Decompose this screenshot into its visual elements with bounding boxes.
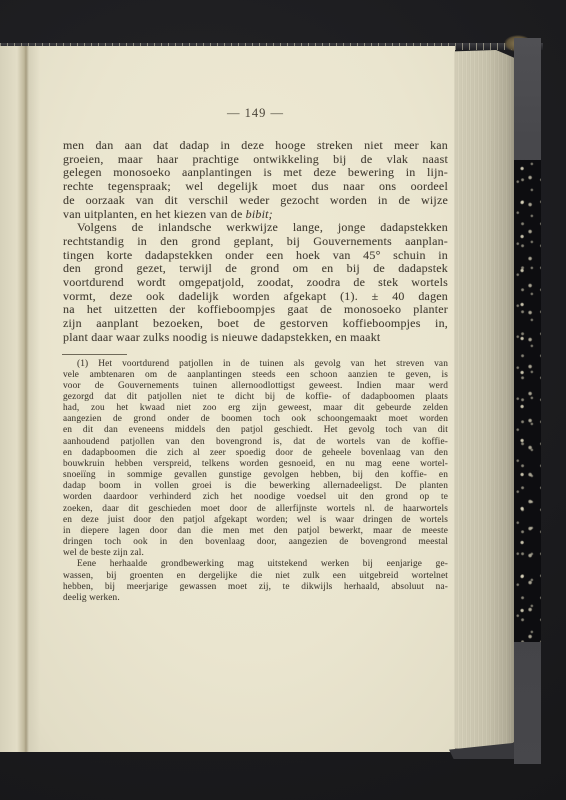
page-number: — 149 — bbox=[63, 106, 448, 121]
text-line: voortdurend wordt omgepatjold, zoodat, z… bbox=[63, 276, 448, 290]
scanned-book-photo: — 149 — men dan aan dat dadap in deze ho… bbox=[0, 0, 566, 800]
text-line: na het uitzetten der koffieboompjes gaat… bbox=[63, 303, 448, 317]
text-line: gelegen monosoeko aanplantingen is met d… bbox=[63, 166, 448, 180]
text-line: van uitplanten, en het kiezen van de bib… bbox=[63, 208, 448, 222]
text-line: wassen, bij groenten en dergelijke die n… bbox=[63, 571, 448, 582]
text-line: rechtstandig in den grond geplant, bij G… bbox=[63, 235, 448, 249]
text-line: vormt, deze ook dadelijk worden afgekapt… bbox=[63, 290, 448, 304]
text-line: dadap boom in vollen groei is die bewerk… bbox=[63, 481, 448, 492]
text-line: zoeken, daar dit geschieden moet door de… bbox=[63, 504, 448, 515]
text-line: en deze juist door den patjol afgekapt w… bbox=[63, 515, 448, 526]
text-line: vele ambtenaren om de aanplantingen stee… bbox=[63, 370, 448, 381]
text-line: hebben, bij meerjarige gewassen moet zij… bbox=[63, 582, 448, 593]
page-gutter-shadow bbox=[0, 46, 40, 752]
text-line: Eene herhaalde grondbewerking mag uitste… bbox=[63, 559, 448, 570]
text-line: plant daar waar zulks noodig is nieuwe d… bbox=[63, 331, 448, 345]
footnote-separator bbox=[62, 354, 127, 355]
text-line: deelig werken. bbox=[63, 593, 448, 604]
book-fore-edge-pages bbox=[454, 50, 514, 750]
marbled-cover-texture bbox=[514, 160, 541, 642]
text-line: rechte tegenspraak; wel degelijk moet du… bbox=[63, 180, 448, 194]
text-line: de oorzaak van dit verschil weder gezoch… bbox=[63, 194, 448, 208]
text-line: zijn aanplant bezoeken, boet de gestorve… bbox=[63, 317, 448, 331]
page-text-block: men dan aan dat dadap in deze hooge stre… bbox=[63, 139, 448, 604]
footnote-paragraph-2: Eene herhaalde grondbewerking mag uitste… bbox=[63, 559, 448, 604]
text-line: worden daardoor verhinderd zich het nood… bbox=[63, 492, 448, 503]
text-line: gezorgd dat dit patjollen niet te dicht … bbox=[63, 392, 448, 403]
footnote-paragraph-1: (1) Het voortdurend patjollen in de tuin… bbox=[63, 359, 448, 560]
book-cover-strip bbox=[514, 38, 541, 764]
text-line: groeien, maar haar prachtige ontwikkelin… bbox=[63, 153, 448, 167]
text-line: tingen korte dadapstekken onder een hoek… bbox=[63, 249, 448, 263]
text-line: men dan aan dat dadap in deze hooge stre… bbox=[63, 139, 448, 153]
text-line: wel de beste zijn zal. bbox=[63, 548, 448, 559]
text-line: in diepere lagen door dan die men met de… bbox=[63, 526, 448, 537]
text-line: (1) Het voortdurend patjollen in de tuin… bbox=[63, 359, 448, 370]
text-line: aanhoudend patjollen van den bovengrond … bbox=[63, 437, 448, 448]
text-line: Volgens de inlandsche werkwijze lange, j… bbox=[63, 221, 448, 235]
text-line: dringen toch ook in den bovenlaag door, … bbox=[63, 537, 448, 548]
text-line: aangezien de grond onder de boomen toch … bbox=[63, 414, 448, 425]
text-line: den grond gezet, terwijl de grond om en … bbox=[63, 262, 448, 276]
text-line: en dadapboomen die zich al zeer spoedig … bbox=[63, 448, 448, 459]
text-line: voor de Gouvernements tuinen allernoodlo… bbox=[63, 381, 448, 392]
body-paragraph-2: Volgens de inlandsche werkwijze lange, j… bbox=[63, 221, 448, 344]
text-line: had, zou het kwaad niet zoo erg zijn gew… bbox=[63, 403, 448, 414]
body-paragraph-1: men dan aan dat dadap in deze hooge stre… bbox=[63, 139, 448, 221]
text-line: bouwkruin hebben verspreid, telkens word… bbox=[63, 459, 448, 470]
text-line: snoeiïng in sommige gevallen gunstige ge… bbox=[63, 470, 448, 481]
book-page: — 149 — men dan aan dat dadap in deze ho… bbox=[0, 46, 455, 752]
text-line: en dit dan eveneens middels den patjol g… bbox=[63, 425, 448, 436]
